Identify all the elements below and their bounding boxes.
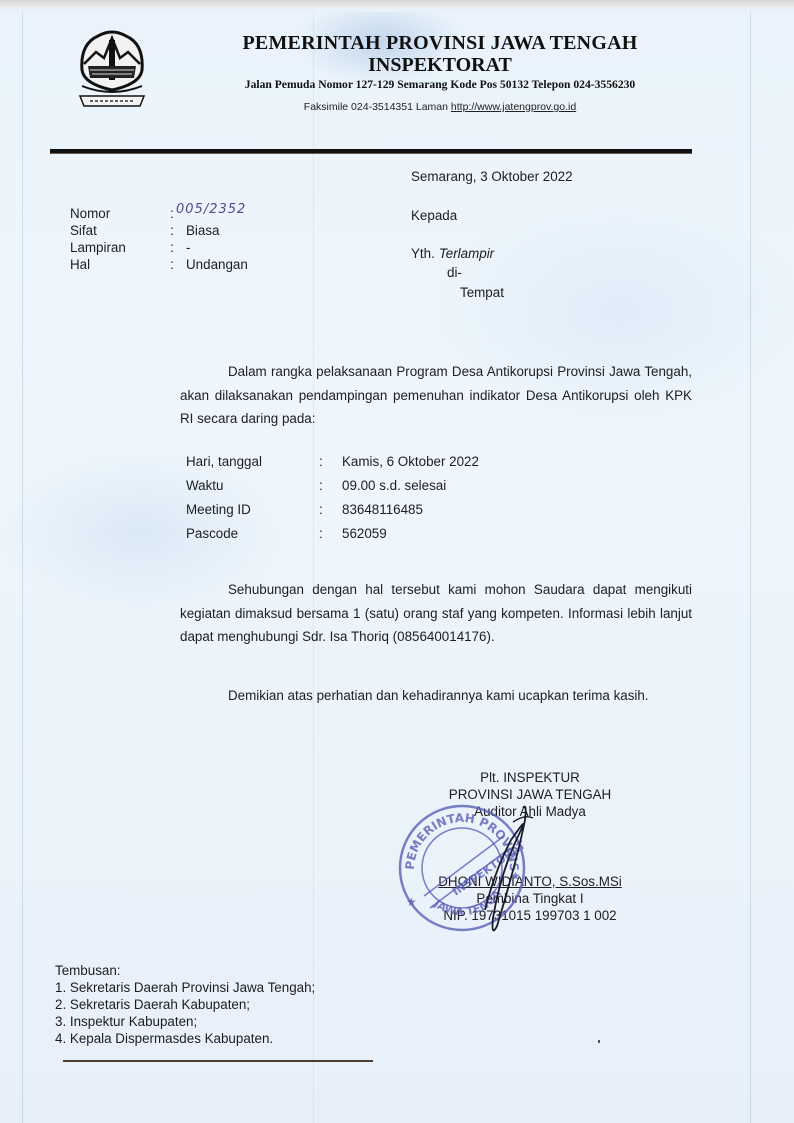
- letterhead-title: PEMERINTAH PROVINSI JAWA TENGAH: [160, 32, 720, 55]
- meta-sep: :: [170, 222, 186, 239]
- meta-label: Hal: [70, 256, 170, 273]
- yth-label: Yth.: [411, 246, 435, 261]
- detail-sep: :: [319, 501, 342, 525]
- meta-row-nomor: Nomor : 005/2352: [70, 205, 248, 222]
- recipient-yth: Yth.Terlampir: [411, 245, 494, 262]
- detail-label: Hari, tanggal: [186, 453, 319, 477]
- scan-edge-left: [22, 12, 23, 1123]
- meta-value: -: [186, 239, 190, 256]
- website-link[interactable]: http://www.jatengprov.go.id: [451, 101, 576, 113]
- detail-sep: :: [319, 477, 342, 501]
- meta-row-lampiran: Lampiran : -: [70, 239, 248, 256]
- meta-row-sifat: Sifat : Biasa: [70, 222, 248, 239]
- detail-sep: :: [319, 453, 342, 477]
- handwritten-signature-icon: [455, 800, 545, 940]
- meta-value: Undangan: [186, 256, 248, 273]
- detail-sep: :: [319, 525, 342, 549]
- detail-row: Waktu : 09.00 s.d. selesai: [186, 477, 479, 501]
- jawa-tengah-emblem-icon: [76, 26, 148, 112]
- detail-row: Pascode : 562059: [186, 525, 479, 549]
- recipient-di: di-: [447, 264, 462, 281]
- tembusan-item: 1. Sekretaris Daerah Provinsi Jawa Tenga…: [55, 979, 315, 996]
- letterhead-subtitle: INSPEKTORAT: [160, 54, 720, 77]
- tembusan-list: Tembusan: 1. Sekretaris Daerah Provinsi …: [55, 962, 315, 1047]
- detail-value: 09.00 s.d. selesai: [342, 477, 446, 501]
- detail-row: Hari, tanggal : Kamis, 6 Oktober 2022: [186, 453, 479, 477]
- scan-edge-right: [750, 12, 751, 1123]
- letter-meta: Nomor : 005/2352 Sifat : Biasa Lampiran …: [70, 205, 248, 273]
- recipient-tempat: Tempat: [460, 284, 504, 301]
- detail-label: Meeting ID: [186, 501, 319, 525]
- tembusan-underline: [63, 1060, 373, 1062]
- meta-label: Nomor: [70, 205, 170, 222]
- tembusan-item: 4. Kepala Dispermasdes Kabupaten.: [55, 1030, 315, 1047]
- meta-label: Lampiran: [70, 239, 170, 256]
- signer-position: Plt. INSPEKTUR: [410, 770, 650, 786]
- meeting-details: Hari, tanggal : Kamis, 6 Oktober 2022 Wa…: [186, 453, 479, 549]
- svg-text:★: ★: [406, 895, 417, 909]
- scan-speck: [598, 1040, 600, 1043]
- letterhead-fax-line: Faksimile 024-3514351 Laman http://www.j…: [160, 101, 720, 113]
- detail-value: Kamis, 6 Oktober 2022: [342, 453, 479, 477]
- meta-value-nomor: 005/2352: [176, 201, 246, 222]
- viewer-top-bar: [0, 0, 794, 7]
- body-paragraph-1: Dalam rangka pelaksanaan Program Desa An…: [180, 360, 692, 431]
- tembusan-heading: Tembusan:: [55, 962, 315, 979]
- meta-label: Sifat: [70, 222, 170, 239]
- tembusan-item: 3. Inspektur Kabupaten;: [55, 1013, 315, 1030]
- detail-label: Waktu: [186, 477, 319, 501]
- detail-value: 83648116485: [342, 501, 423, 525]
- meta-sep: :: [170, 256, 186, 273]
- letterhead-address: Jalan Pemuda Nomor 127-129 Semarang Kode…: [160, 78, 720, 91]
- letter-date: Semarang, 3 Oktober 2022: [411, 168, 573, 185]
- body-paragraph-2: Sehubungan dengan hal tersebut kami moho…: [180, 578, 692, 649]
- detail-row: Meeting ID : 83648116485: [186, 501, 479, 525]
- meta-value: Biasa: [186, 222, 220, 239]
- tembusan-item: 2. Sekretaris Daerah Kabupaten;: [55, 996, 315, 1013]
- body-paragraph-3: Demikian atas perhatian dan kehadirannya…: [180, 684, 692, 708]
- paper-fold-line: [313, 12, 314, 1123]
- scanned-letter-page: [0, 12, 794, 1123]
- detail-value: 562059: [342, 525, 387, 549]
- recipient-kepada: Kepada: [411, 207, 457, 224]
- meta-sep: :: [170, 239, 186, 256]
- letterhead-divider: [50, 149, 692, 154]
- meta-row-hal: Hal : Undangan: [70, 256, 248, 273]
- recipient-name: Terlampir: [439, 246, 494, 261]
- fax-text: Faksimile 024-3514351 Laman: [304, 101, 451, 113]
- detail-label: Pascode: [186, 525, 319, 549]
